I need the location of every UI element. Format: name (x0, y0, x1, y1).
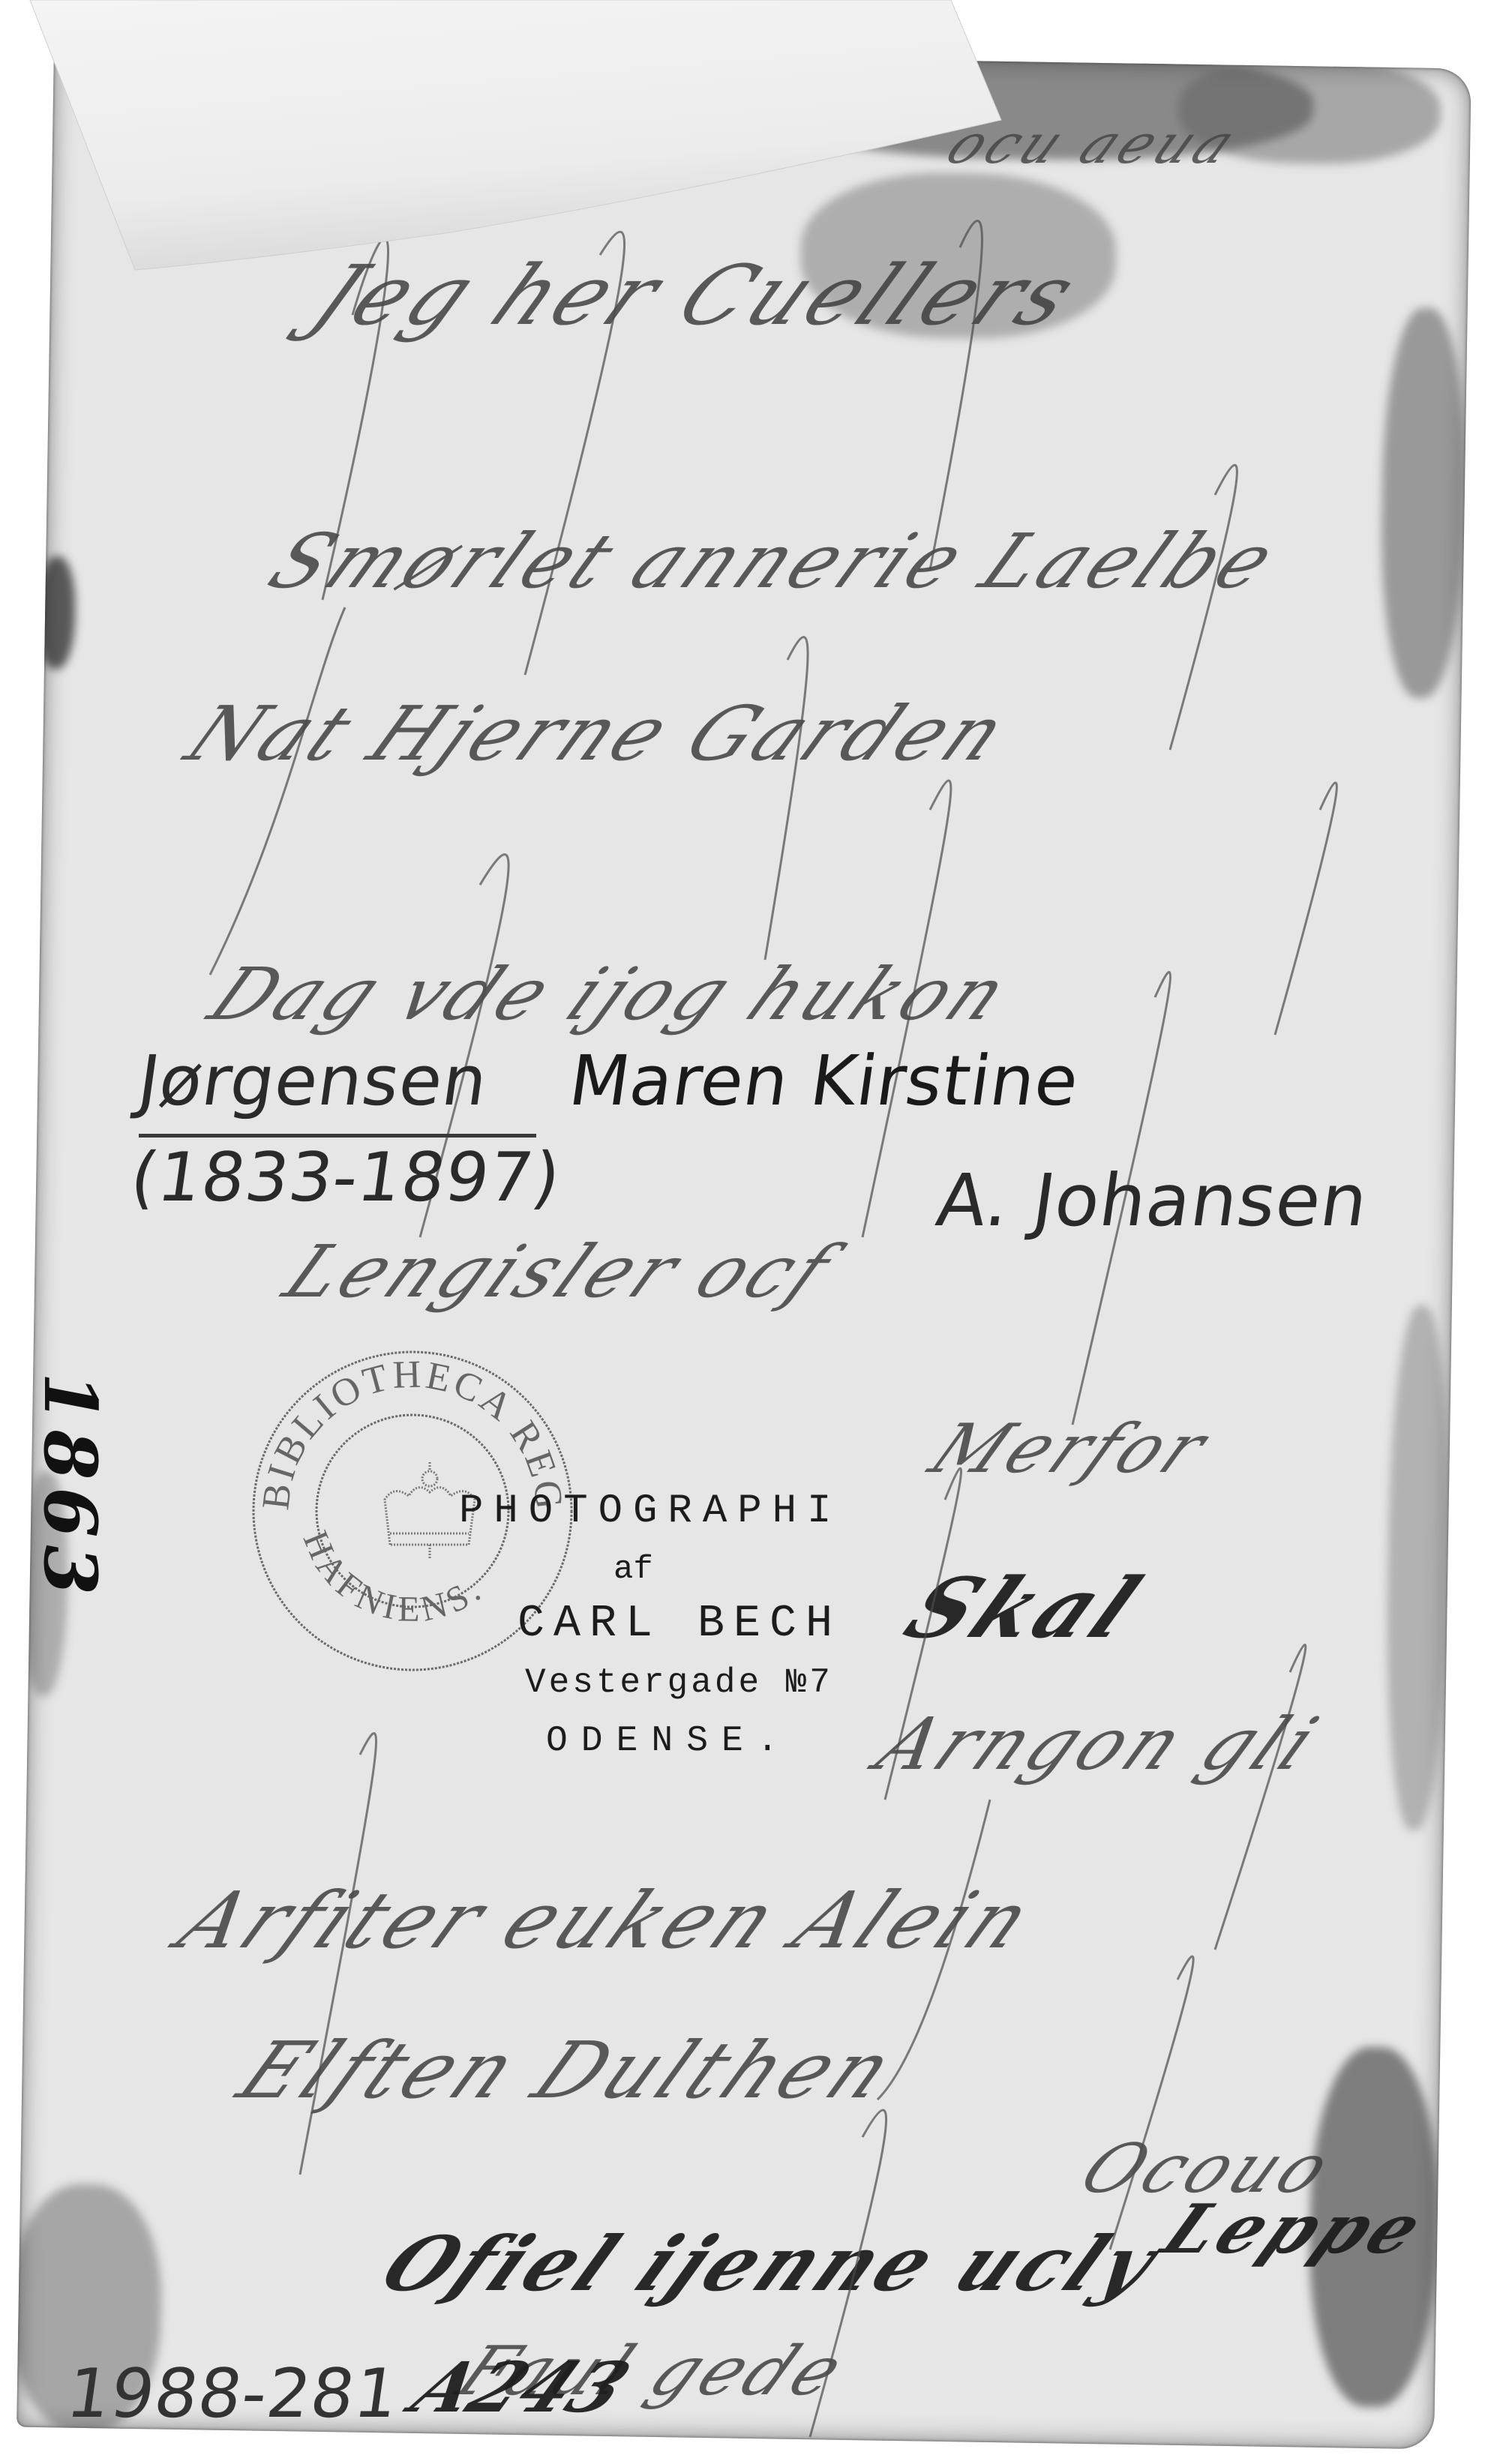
accession-code: A243 (398, 2347, 645, 2428)
imprint-line-4: Vestergade №7 (525, 1663, 833, 1702)
imprint-line-3: CARL BECH (517, 1599, 841, 1650)
vertical-year: 1863 (28, 1372, 112, 1602)
paper-flap (0, 0, 1050, 315)
imprint-line-1: PHOTOGRAPHI (459, 1488, 841, 1534)
accession-number: 1988-281 (62, 2355, 404, 2433)
catalog-surname: Jørgensen (133, 1041, 493, 1121)
catalog-photographer-note: A. Johansen (931, 1159, 1373, 1242)
stamp-text-bottom: HAFNIENS. (295, 1525, 491, 1629)
catalog-surname-underline (139, 1134, 536, 1138)
catalog-given-names: Maren Kirstine (564, 1041, 1084, 1121)
catalog-dates: (1833-1897) (126, 1138, 566, 1217)
imprint-line-5: ODENSE. (546, 1721, 792, 1761)
svg-text:HAFNIENS.: HAFNIENS. (295, 1525, 491, 1629)
imprint-line-2: af (613, 1551, 653, 1588)
